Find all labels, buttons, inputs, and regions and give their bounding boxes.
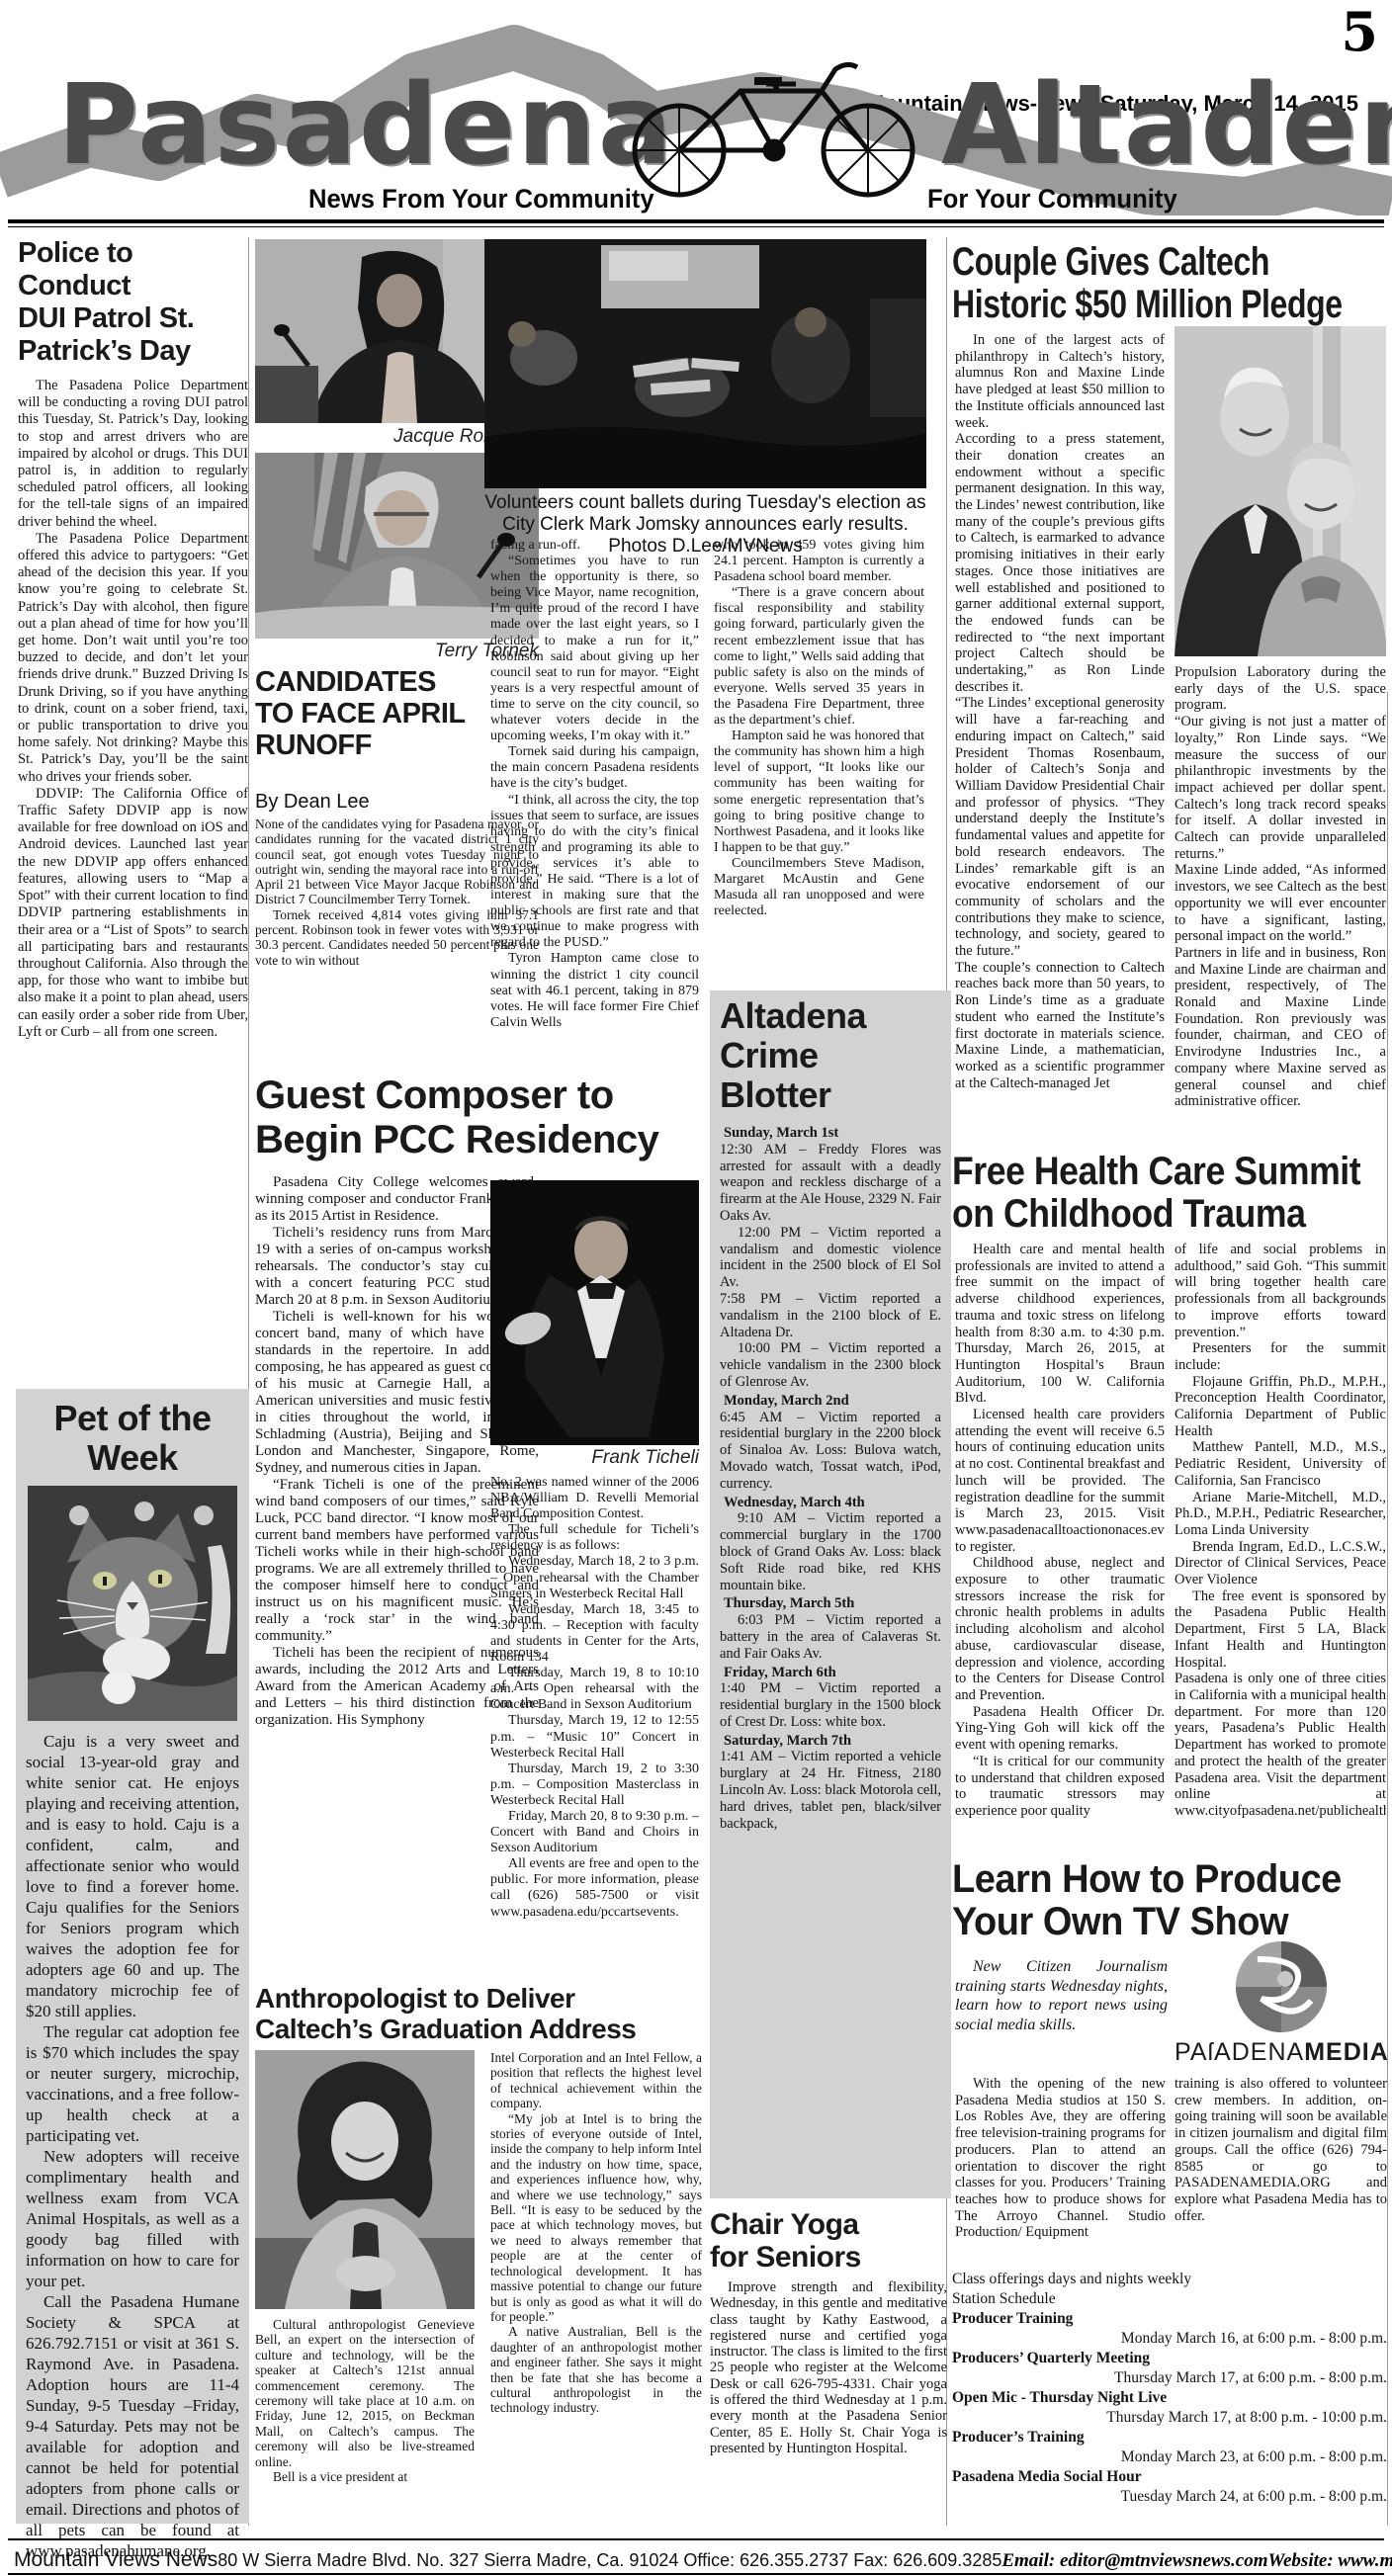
- newspaper-page: 5 Mountain Views-News Saturday, March 14…: [0, 0, 1392, 2576]
- composer-col3-body: No. 2 was named winner of the 2006 NBA/W…: [490, 1475, 699, 1977]
- paragraph: training is also offered to volunteer cr…: [1174, 2076, 1387, 2224]
- paragraph: Class offerings days and nights weekly: [952, 2270, 1387, 2289]
- headline-line: DUI Patrol St.: [18, 302, 250, 335]
- paragraph: Maxine Linde added, “As informed investo…: [1174, 862, 1386, 945]
- paragraph: Sunday, March 1st: [720, 1125, 941, 1142]
- paragraph: New Citizen Journalism training starts W…: [955, 1957, 1168, 2034]
- paragraph: who took in 459 votes giving him 24.1 pe…: [714, 538, 924, 585]
- paragraph: The Pasadena Police Department will be c…: [18, 378, 248, 531]
- logo-wordmark: PAſADENA: [1174, 2038, 1304, 2066]
- masthead-left-title: Pasadena: [57, 61, 674, 190]
- composer-headline: Guest Composer to Begin PCC Residency: [255, 1073, 720, 1162]
- headline-line: Chair Yoga: [710, 2208, 947, 2241]
- paragraph: Health care and mental health profession…: [955, 1242, 1165, 1407]
- paragraph: Call the Pasadena Humane Society & SPCA …: [26, 2291, 239, 2561]
- paragraph: “Sometimes you have to run when the oppo…: [490, 554, 699, 744]
- headline-line: Begin PCC Residency: [255, 1118, 720, 1162]
- paragraph: Propulsion Laboratory during the early d…: [1174, 664, 1386, 714]
- headline-line: Crime: [720, 1036, 951, 1075]
- paragraph: DDVIP: The California Office of Traffic …: [18, 786, 248, 1041]
- masthead-left-tagline: News From Your Community: [308, 184, 654, 215]
- paragraph: Saturday, March 7th: [720, 1733, 941, 1750]
- paragraph: Pasadena Media Social Hour: [952, 2467, 1387, 2487]
- paragraph: Tyron Hampton came close to winning the …: [490, 951, 699, 1030]
- paragraph: Monday March 16, at 6:00 p.m. - 8:00 p.m…: [952, 2329, 1387, 2349]
- headline-line: Caltech’s Graduation Address: [255, 2014, 720, 2044]
- paragraph: Cultural anthropologist Genevieve Bell, …: [255, 2317, 475, 2469]
- paragraph: Matthew Pantell, M.D., M.S., Pediatric R…: [1174, 1439, 1386, 1489]
- paragraph: Thursday, March 19, 12 to 12:55 p.m. – “…: [490, 1713, 699, 1760]
- paragraph: Flojaune Griffin, Ph.D., M.P.H., Preconc…: [1174, 1374, 1386, 1440]
- logo-wordmark-bold: MEDIA: [1304, 2038, 1389, 2066]
- caltech-headline: Couple Gives Caltech Historic $50 Millio…: [952, 241, 1392, 326]
- paragraph: The regular cat adoption fee is $70 whic…: [26, 2021, 239, 2146]
- headline-line: Police to: [18, 237, 250, 270]
- paragraph: Tuesday March 24, at 6:00 p.m. - 8:00 p.…: [952, 2487, 1387, 2507]
- masthead-divider: [8, 219, 1384, 227]
- paragraph: The full schedule for Ticheli’s residenc…: [490, 1522, 699, 1554]
- paragraph: Hampton said he was honored that the com…: [714, 729, 924, 856]
- paragraph: 10:00 PM – Victim reported a vehicle van…: [720, 1340, 941, 1390]
- headline-line: on Childhood Trauma: [952, 1193, 1392, 1236]
- tv-schedule: Class offerings days and nights weeklySt…: [952, 2270, 1387, 2525]
- paragraph: Thursday, March 5th: [720, 1595, 941, 1612]
- pet-of-the-week-box: Pet of the Week Caju is a very sweet and…: [16, 1389, 249, 2524]
- tv-headline: Learn How to Produce Your Own TV Show: [952, 1858, 1384, 1943]
- headline-line: Guest Composer to: [255, 1073, 720, 1118]
- paragraph: Monday, March 2nd: [720, 1393, 941, 1410]
- paragraph: Tornek said during his campaign, the mai…: [490, 744, 699, 792]
- runoff-byline: By Dean Lee: [255, 791, 370, 814]
- paragraph: Councilmembers Steve Madison, Margaret M…: [714, 856, 924, 919]
- headline-line: Learn How to Produce: [952, 1858, 1384, 1901]
- paragraph: Producers’ Quarterly Meeting: [952, 2349, 1387, 2368]
- paragraph: Intel Corporation and an Intel Fellow, a…: [490, 2050, 702, 2111]
- paragraph: New adopters will receive complimentary …: [26, 2146, 239, 2291]
- paragraph: Wednesday, March 4th: [720, 1495, 941, 1511]
- footer-email: Email: editor@mtnviewsnews.com: [1001, 2550, 1267, 2572]
- genevieve-bell-photo: [255, 2050, 475, 2309]
- paragraph: All events are free and open to the publ…: [490, 1856, 699, 1920]
- tv-colB-body: training is also offered to volunteer cr…: [1174, 2076, 1387, 2268]
- paragraph: Wednesday, March 18, 2 to 3 p.m. – Open …: [490, 1554, 699, 1601]
- police-headline: Police to Conduct DUI Patrol St. Patrick…: [18, 237, 250, 368]
- paragraph: Pasadena Health Officer Dr. Ying-Ying Go…: [955, 1704, 1165, 1754]
- tv-intro: New Citizen Journalism training starts W…: [955, 1957, 1168, 2068]
- paragraph: Producer’s Training: [952, 2428, 1387, 2447]
- anthro-colB-body: Intel Corporation and an Intel Fellow, a…: [490, 2050, 702, 2519]
- headline-line: Week: [16, 1438, 249, 1478]
- headline-line: Pet of the: [16, 1399, 249, 1438]
- paragraph: A native Australian, Bell is the daughte…: [490, 2324, 702, 2415]
- pasadena-media-logo: PAſADENAMEDIA: [1174, 1939, 1388, 2070]
- headline-line: Historic $50 Million Pledge: [952, 284, 1392, 326]
- paragraph: Friday, March 20, 8 to 9:30 p.m. – Conce…: [490, 1809, 699, 1856]
- paragraph: Open Mic - Thursday Night Live: [952, 2388, 1387, 2408]
- anthro-colA-body: Cultural anthropologist Genevieve Bell, …: [255, 2317, 475, 2520]
- paragraph: 12:00 PM – Victim reported a vandalism a…: [720, 1225, 941, 1291]
- paragraph: According to a press statement, their do…: [955, 431, 1165, 695]
- blotter-headline: Altadena Crime Blotter: [720, 996, 951, 1115]
- paragraph: “There is a grave concern about fiscal r…: [714, 585, 924, 729]
- paragraph: Wednesday, March 18, 3:45 to 4:30 p.m. –…: [490, 1602, 699, 1666]
- tv-colA-body: With the opening of the new Pasadena Med…: [955, 2076, 1166, 2268]
- paragraph: 12:30 AM – Freddy Flores was arrested fo…: [720, 1142, 941, 1225]
- paragraph: Pasadena is only one of three cities in …: [1174, 1671, 1386, 1819]
- paragraph: facing a run-off.: [490, 538, 699, 554]
- paragraph: The free event is sponsored by the Pasad…: [1174, 1589, 1386, 1672]
- paragraph: Monday March 23, at 6:00 p.m. - 8:00 p.m…: [952, 2447, 1387, 2467]
- headline-line: for Seniors: [710, 2241, 947, 2274]
- paragraph: Thursday March 17, at 6:00 p.m. - 8:00 p…: [952, 2368, 1387, 2388]
- chair-yoga-headline: Chair Yoga for Seniors: [710, 2208, 947, 2274]
- footer-rule-top: [8, 2538, 1384, 2540]
- paragraph: Thursday March 17, at 8:00 p.m. - 10:00 …: [952, 2408, 1387, 2428]
- paragraph: No. 2 was named winner of the 2006 NBA/W…: [490, 1475, 699, 1522]
- footer-website: Website: www.mtnviewsnews.com: [1268, 2550, 1392, 2572]
- runoff-col4-body: who took in 459 votes giving him 24.1 pe…: [714, 538, 924, 988]
- paragraph: 1:40 PM – Victim reported a residential …: [720, 1680, 941, 1730]
- masthead-right-title: Altadena: [941, 61, 1392, 190]
- headline-line: Conduct: [18, 270, 250, 302]
- caltech-colA-body: In one of the largest acts of philanthro…: [955, 332, 1165, 1135]
- paragraph: 6:45 AM – Victim reported a residential …: [720, 1410, 941, 1493]
- paragraph: Presenters for the summit include:: [1174, 1340, 1386, 1373]
- paragraph: 7:58 PM – Victim reported a vandalism in…: [720, 1291, 941, 1340]
- anthro-headline: Anthropologist to Deliver Caltech’s Grad…: [255, 1983, 720, 2044]
- paragraph: “It is critical for our community to und…: [955, 1754, 1165, 1820]
- headline-line: Altadena: [720, 996, 951, 1036]
- paragraph: 1:41 AM – Victim reported a vehicle burg…: [720, 1749, 941, 1832]
- paragraph: Brenda Ingram, Ed.D., L.C.S.W., Director…: [1174, 1539, 1386, 1589]
- health-headline: Free Health Care Summit on Childhood Tra…: [952, 1151, 1392, 1236]
- linde-couple-photo: [1174, 326, 1386, 656]
- pet-headline: Pet of the Week: [16, 1399, 249, 1478]
- headline-line: Anthropologist to Deliver: [255, 1983, 720, 2014]
- paragraph: The couple’s connection to Caltech reach…: [955, 960, 1165, 1092]
- paragraph: Childhood abuse, neglect and exposure to…: [955, 1555, 1165, 1703]
- paragraph: of life and social problems in adulthood…: [1174, 1242, 1386, 1340]
- footer-paper-name: Mountain Views News: [14, 2548, 217, 2572]
- footer-rule-bottom: [8, 2573, 1384, 2575]
- health-colB-body: of life and social problems in adulthood…: [1174, 1242, 1386, 1848]
- police-article-body: The Pasadena Police Department will be c…: [18, 378, 248, 1378]
- paragraph: 6:03 PM – Victim reported a battery in t…: [720, 1612, 941, 1662]
- caju-cat-photo: [28, 1486, 237, 1721]
- frank-ticheli-photo: [490, 1180, 699, 1445]
- blotter-body: Sunday, March 1st12:30 AM – Freddy Flore…: [720, 1123, 941, 1832]
- paragraph: “The Lindes’ exceptional generosity will…: [955, 695, 1165, 959]
- paragraph: With the opening of the new Pasadena Med…: [955, 2076, 1166, 2241]
- paragraph: Partners in life and in business, Ron an…: [1174, 945, 1386, 1110]
- footer: Mountain Views News 80 W Sierra Madre Bl…: [14, 2548, 1382, 2572]
- footer-address: 80 W Sierra Madre Blvd. No. 327 Sierra M…: [217, 2550, 1001, 2571]
- paragraph: In one of the largest acts of philanthro…: [955, 332, 1165, 431]
- paragraph: Caju is a very sweet and social 13-year-…: [26, 1731, 239, 2021]
- headline-line: Couple Gives Caltech: [952, 241, 1392, 284]
- pet-article-body: Caju is a very sweet and social 13-year-…: [26, 1731, 239, 2561]
- paragraph: “Our giving is not just a matter of loya…: [1174, 714, 1386, 862]
- crime-blotter-box: Altadena Crime Blotter Sunday, March 1st…: [710, 990, 951, 2198]
- election-count-photo: [484, 239, 926, 488]
- caltech-colB-body: Propulsion Laboratory during the early d…: [1174, 664, 1386, 1143]
- bicycle-icon: [608, 40, 939, 203]
- frank-ticheli-caption: Frank Ticheli: [490, 1447, 699, 1469]
- headline-line: Free Health Care Summit: [952, 1151, 1392, 1193]
- paragraph: Ariane Marie-Mitchell, M.D., Ph.D., M.P.…: [1174, 1490, 1386, 1539]
- paragraph: Station Schedule: [952, 2289, 1387, 2309]
- paragraph: Thursday, March 19, 2 to 3:30 p.m. – Com…: [490, 1761, 699, 1809]
- paragraph: Thursday, March 19, 8 to 10:10 a.m. – Op…: [490, 1666, 699, 1713]
- masthead-right-tagline: For Your Community: [927, 184, 1177, 215]
- health-colA-body: Health care and mental health profession…: [955, 1242, 1165, 1848]
- paragraph: The Pasadena Police Department offered t…: [18, 531, 248, 786]
- paragraph: Producer Training: [952, 2309, 1387, 2329]
- paragraph: Bell is a vice president at: [255, 2469, 475, 2484]
- paragraph: 9:10 AM – Victim reported a commercial b…: [720, 1510, 941, 1593]
- headline-line: Blotter: [720, 1075, 951, 1115]
- column-rule: [1387, 692, 1388, 2526]
- headline-line: Patrick’s Day: [18, 335, 250, 368]
- paragraph: Friday, March 6th: [720, 1665, 941, 1681]
- paragraph: Improve strength and flexibility, Wednes…: [710, 2279, 947, 2456]
- paragraph: Licensed health care providers attending…: [955, 1407, 1165, 1555]
- pasadena-media-logo-icon: [1234, 1939, 1329, 2034]
- headline-line: Your Own TV Show: [952, 1901, 1384, 1943]
- paragraph: “My job at Intel is to bring the stories…: [490, 2111, 702, 2325]
- paragraph: “I think, all across the city, the top i…: [490, 793, 699, 952]
- chair-yoga-body: Improve strength and flexibility, Wednes…: [710, 2279, 947, 2527]
